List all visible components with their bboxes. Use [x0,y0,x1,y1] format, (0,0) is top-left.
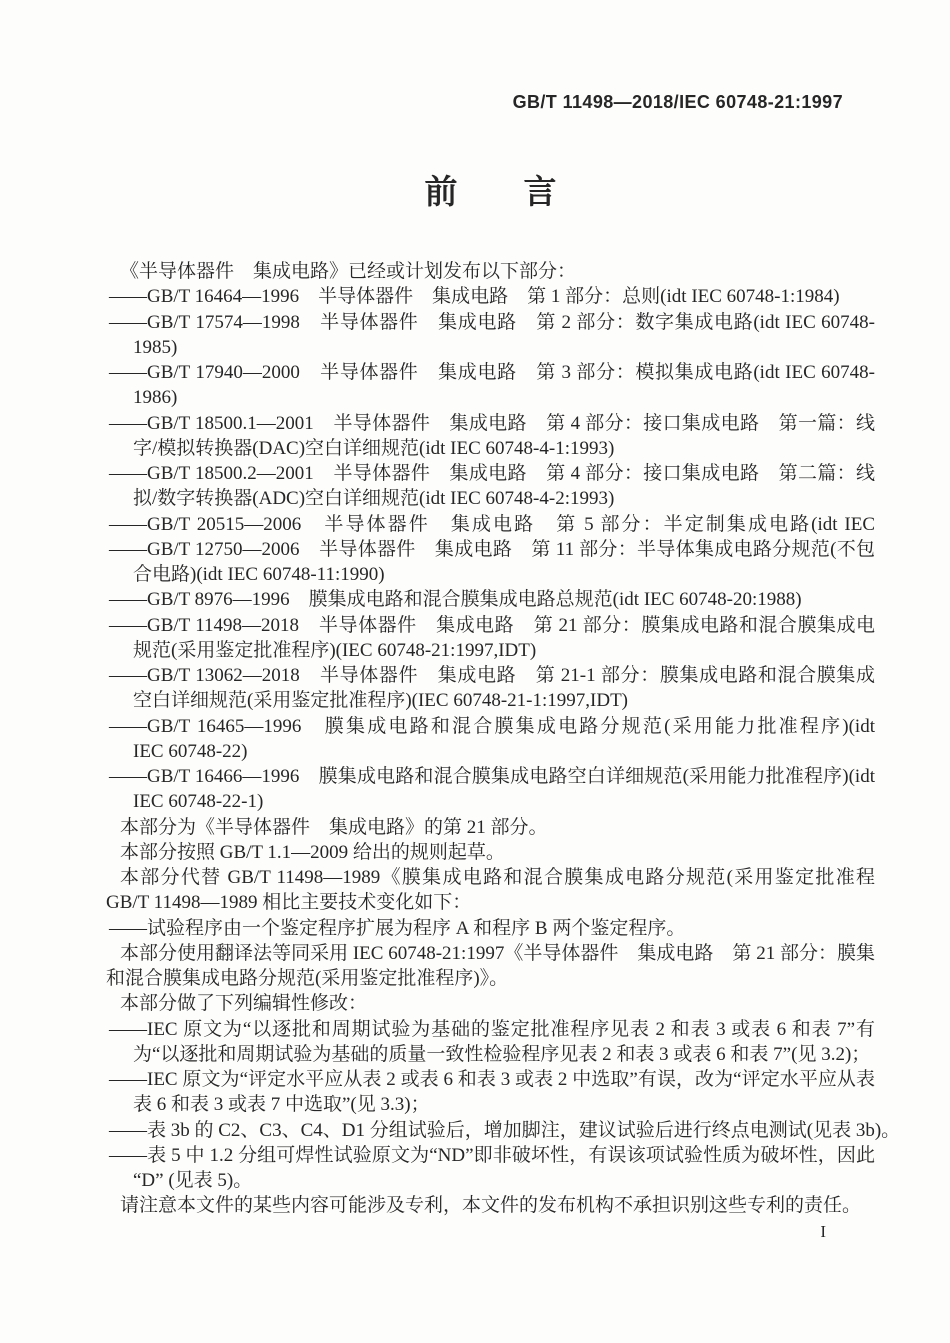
text-line: ——GB/T 18500.1—2001 半导体器件 集成电路 第 4 部分：接口… [106,411,875,436]
text-line: ——表 3b 的 C2、C3、C4、D1 分组试验后，增加脚注，建议试验后进行终… [106,1118,875,1143]
text-line: ——GB/T 17940—2000 半导体器件 集成电路 第 3 部分：模拟集成… [106,360,875,385]
text-line: 本部分代替 GB/T 11498—1989《膜集成电路和混合膜集成电路分规范(采… [106,865,875,890]
page-title: 前 言 [106,170,875,214]
text-line: 1985) [106,335,875,360]
page-number: I [106,1222,875,1242]
text-line: ——GB/T 17574—1998 半导体器件 集成电路 第 2 部分：数字集成… [106,310,875,335]
text-line: ——IEC 原文为“以逐批和周期试验为基础的鉴定批准程序见表 2 和表 3 或表… [106,1017,875,1042]
document-body: 《半导体器件 集成电路》已经或计划发布以下部分：——GB/T 16464—199… [106,259,875,1219]
text-line: 本部分为《半导体器件 集成电路》的第 21 部分。 [106,815,875,840]
text-line: ——GB/T 16466—1996 膜集成电路和混合膜集成电路空白详细规范(采用… [106,764,875,789]
text-line: 和混合膜集成电路分规范(采用鉴定批准程序)》。 [106,966,875,991]
text-line: 为“以逐批和周期试验为基础的质量一致性检验程序见表 2 和表 3 或表 6 和表… [106,1042,875,1067]
text-line: GB/T 11498—1989 相比主要技术变化如下： [106,890,875,915]
text-line: 本部分按照 GB/T 1.1—2009 给出的规则起草。 [106,840,875,865]
text-line: ——GB/T 18500.2—2001 半导体器件 集成电路 第 4 部分：接口… [106,461,875,486]
standard-number-header: GB/T 11498—2018/IEC 60748-21:1997 [106,92,843,113]
text-line: 表 6 和表 3 或表 7 中选取”(见 3.3)； [106,1092,875,1117]
text-line: 规范(采用鉴定批准程序)(IEC 60748-21:1997,IDT) [106,638,875,663]
text-line: ——GB/T 11498—2018 半导体器件 集成电路 第 21 部分：膜集成… [106,613,875,638]
text-line: 字/模拟转换器(DAC)空白详细规范(idt IEC 60748-4-1:199… [106,436,875,461]
text-line: 拟/数字转换器(ADC)空白详细规范(idt IEC 60748-4-2:199… [106,486,875,511]
text-line: ——GB/T 12750—2006 半导体器件 集成电路 第 11 部分：半导体… [106,537,875,562]
text-line: ——试验程序由一个鉴定程序扩展为程序 A 和程序 B 两个鉴定程序。 [106,916,875,941]
text-line: ——GB/T 20515—2006 半导体器件 集成电路 第 5 部分：半定制集… [106,512,875,537]
text-line: ——GB/T 13062—2018 半导体器件 集成电路 第 21-1 部分：膜… [106,663,875,688]
text-line: ——GB/T 16465—1996 膜集成电路和混合膜集成电路分规范(采用能力批… [106,714,875,739]
text-line: ——GB/T 8976—1996 膜集成电路和混合膜集成电路总规范(idt IE… [106,587,875,612]
text-line: IEC 60748-22) [106,739,875,764]
text-line: 合电路)(idt IEC 60748-11:1990) [106,562,875,587]
text-line: 《半导体器件 集成电路》已经或计划发布以下部分： [106,259,875,284]
text-line: “D” (见表 5)。 [106,1168,875,1193]
text-line: ——表 5 中 1.2 分组可焊性试验原文为“ND”即非破坏性，有误该项试验性质… [106,1143,875,1168]
text-line: 空白详细规范(采用鉴定批准程序)(IEC 60748-21-1:1997,IDT… [106,688,875,713]
text-line: IEC 60748-22-1) [106,789,875,814]
text-line: 1986) [106,385,875,410]
text-line: 本部分使用翻译法等同采用 IEC 60748-21:1997《半导体器件 集成电… [106,941,875,966]
text-line: 请注意本文件的某些内容可能涉及专利，本文件的发布机构不承担识别这些专利的责任。 [106,1193,875,1218]
text-line: ——IEC 原文为“评定水平应从表 2 或表 6 和表 3 或表 2 中选取”有… [106,1067,875,1092]
text-line: 本部分做了下列编辑性修改： [106,991,875,1016]
document-page: GB/T 11498—2018/IEC 60748-21:1997 前 言 《半… [0,0,950,1343]
text-line: ——GB/T 16464—1996 半导体器件 集成电路 第 1 部分：总则(i… [106,284,875,309]
